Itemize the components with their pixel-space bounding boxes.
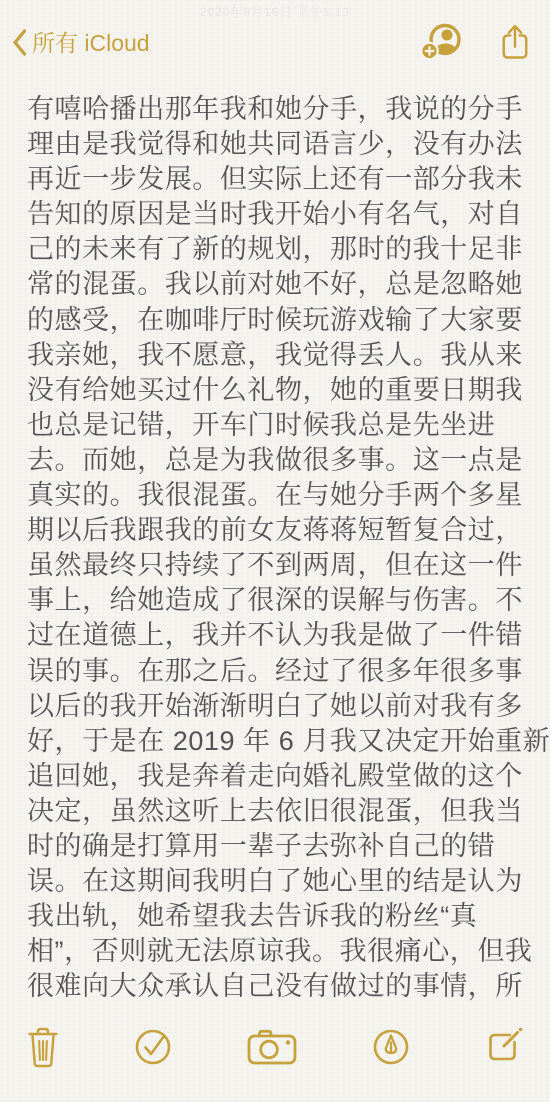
note-text-line: 很难向大众承认自己没有做过的事情，所 bbox=[27, 969, 527, 1004]
note-text-line: 过在道德上，我并不认为我是做了一件错 bbox=[27, 618, 527, 653]
compose-icon bbox=[484, 1026, 524, 1066]
camera-icon bbox=[246, 1026, 298, 1068]
add-people-button[interactable] bbox=[420, 23, 462, 61]
note-text-line: 己的未来有了新的规划，那时的我十足非 bbox=[27, 232, 527, 267]
navigation-bar: 所有 iCloud bbox=[0, 14, 550, 70]
note-text-line: 追回她，我是奔着走向婚礼殿堂做的这个 bbox=[27, 759, 527, 794]
checklist-icon bbox=[133, 1026, 173, 1066]
note-text-line: 以后的我开始渐渐明白了她以前对我有多 bbox=[27, 689, 527, 724]
note-text-line: 再近一步发展。但实际上还有一部分我未 bbox=[27, 162, 527, 197]
note-text-line: 我亲她，我不愿意，我觉得丢人。我从来 bbox=[27, 338, 527, 373]
note-text-line: 期以后我跟我的前女友蒋蒋短暂复合过， bbox=[27, 513, 527, 548]
note-text-line: 虽然最终只持续了不到两周，但在这一件 bbox=[27, 548, 527, 583]
note-text-line: 决定，虽然这听上去依旧很混蛋，但我当 bbox=[27, 794, 527, 829]
add-people-icon bbox=[420, 23, 462, 61]
note-text-line: 时的确是打算用一辈子去弥补自己的错 bbox=[27, 829, 527, 864]
note-text-line: 误的事。在那之后。经过了很多年很多事 bbox=[27, 654, 527, 689]
bottom-toolbar bbox=[0, 1018, 550, 1102]
checklist-button[interactable] bbox=[133, 1026, 173, 1066]
note-text-line: 事上，给她造成了很深的误解与伤害。不 bbox=[27, 583, 527, 618]
note-text-line: 真实的。我很混蛋。在与她分手两个多星 bbox=[27, 478, 527, 513]
note-text-line: 误。在这期间我明白了她心里的结是认为 bbox=[27, 864, 527, 899]
markup-button[interactable] bbox=[371, 1026, 411, 1066]
note-text-line: 去。而她，总是为我做很多事。这一点是 bbox=[27, 443, 527, 478]
note-text-line: 有嘻哈播出那年我和她分手，我说的分手 bbox=[27, 92, 527, 127]
note-text-line: 理由是我觉得和她共同语言少，没有办法 bbox=[27, 127, 527, 162]
note-text-line: 常的混蛋。我以前对她不好，总是忽略她 bbox=[27, 267, 527, 302]
note-text-line: 没有给她买过什么礼物，她的重要日期我 bbox=[27, 373, 527, 408]
note-body[interactable]: 有嘻哈播出那年我和她分手，我说的分手理由是我觉得和她共同语言少，没有办法再近一步… bbox=[27, 92, 527, 1004]
back-chevron-icon bbox=[12, 29, 27, 56]
compose-button[interactable] bbox=[484, 1026, 524, 1066]
trash-icon bbox=[26, 1026, 60, 1070]
share-icon bbox=[500, 22, 530, 62]
markup-pen-icon bbox=[371, 1026, 411, 1066]
note-text-line: 也总是记错，开车门时候我总是先坐进 bbox=[27, 408, 527, 443]
note-text-line: 相”，否则就无法原谅我。我很痛心，但我 bbox=[27, 934, 527, 969]
note-text-line: 的感受，在咖啡厅时候玩游戏输了大家要 bbox=[27, 303, 527, 338]
navbar-actions bbox=[420, 22, 530, 62]
camera-button[interactable] bbox=[246, 1026, 298, 1068]
delete-button[interactable] bbox=[26, 1026, 60, 1070]
back-button-label: 所有 iCloud bbox=[32, 25, 150, 58]
share-button[interactable] bbox=[500, 22, 530, 62]
note-text-line: 我出轨，她希望我去告诉我的粉丝“真 bbox=[27, 899, 527, 934]
back-button[interactable]: 所有 iCloud bbox=[12, 27, 150, 58]
note-text-line: 好，于是在 2019 年 6 月我又决定开始重新 bbox=[27, 724, 527, 759]
note-text-line: 告知的原因是当时我开始小有名气，对自 bbox=[27, 197, 527, 232]
